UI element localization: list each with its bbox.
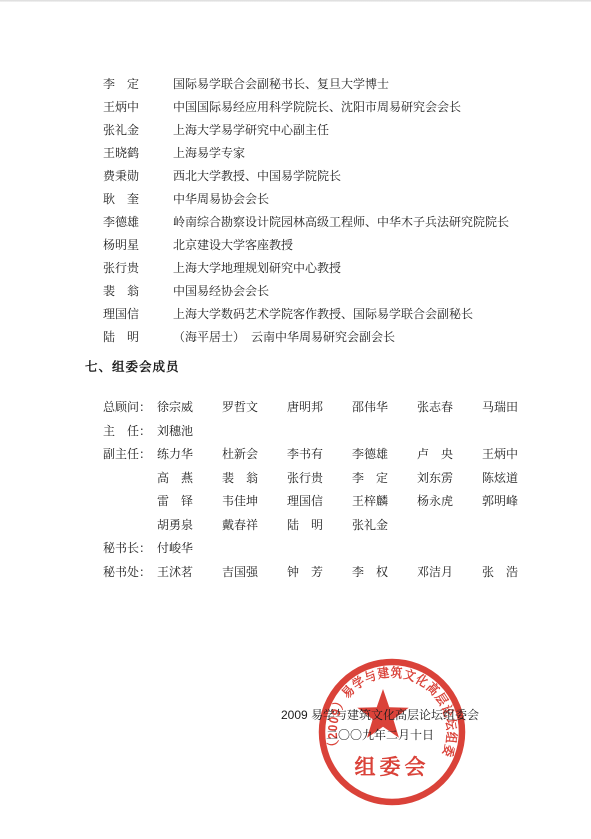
member-name: 杨永虎 [417, 490, 482, 514]
member-name: 王梓麟 [352, 490, 417, 514]
row-label: 主 任： [103, 420, 157, 444]
row-label [103, 514, 157, 538]
expert-row: 裴 翁 中国易经协会会长 [103, 280, 509, 303]
committee-row-secretary-general: 秘书长： 付峻华 [103, 537, 547, 561]
expert-row: 张行贵 上海大学地理规划研究中心教授 [103, 257, 509, 280]
expert-row: 李 定 国际易学联合会副秘书长、复旦大学博士 [103, 73, 509, 96]
signature-line: 2009 易学与建筑文化高层论坛组委会 [160, 705, 591, 725]
member-name: 吉国强 [222, 561, 287, 585]
committee-row-secretariat: 秘书处： 王沭茗 吉国强 钟 芳 李 权 邓洁月 张 浩 [103, 561, 547, 585]
row-label [103, 467, 157, 491]
expert-name: 李 定 [103, 73, 173, 96]
member-name: 张行贵 [287, 467, 352, 491]
expert-row: 王炳中 中国国际易经应用科学院院长、沈阳市周易研究会会长 [103, 96, 509, 119]
member-name: 韦佳坤 [222, 490, 287, 514]
member-name: 雷 铎 [157, 490, 222, 514]
expert-title: 国际易学联合会副秘书长、复旦大学博士 [173, 73, 389, 96]
expert-title: 中国国际易经应用科学院院长、沈阳市周易研究会会长 [173, 96, 461, 119]
expert-name: 王晓鹤 [103, 142, 173, 165]
row-label: 秘书处： [103, 561, 157, 585]
expert-name: 张礼金 [103, 119, 173, 142]
expert-name: 王炳中 [103, 96, 173, 119]
expert-name: 张行贵 [103, 257, 173, 280]
expert-name: 费秉勋 [103, 165, 173, 188]
expert-title: 上海大学易学研究中心副主任 [173, 119, 329, 142]
expert-name: 杨明星 [103, 234, 173, 257]
member-name: 李书有 [287, 443, 352, 467]
expert-row: 张礼金 上海大学易学研究中心副主任 [103, 119, 509, 142]
member-name: 高 燕 [157, 467, 222, 491]
member-name: 王沭茗 [157, 561, 222, 585]
member-name: 徐宗威 [157, 396, 222, 420]
member-name: 理国信 [287, 490, 352, 514]
member-name: 钟 芳 [287, 561, 352, 585]
expert-row: 耿 奎 中华周易协会会长 [103, 188, 509, 211]
expert-title: 北京建设大学客座教授 [173, 234, 293, 257]
member-name: 刘东雳 [417, 467, 482, 491]
member-name: 李 定 [352, 467, 417, 491]
committee-row-deputy-directors-2: 高 燕 裴 翁 张行贵 李 定 刘东雳 陈炫道 [103, 467, 547, 491]
member-name: 邓洁月 [417, 561, 482, 585]
member-name: 郭明峰 [482, 490, 547, 514]
row-label: 秘书长： [103, 537, 157, 561]
committee-row-deputy-directors-4: 胡勇泉 戴春祥 陆 明 张礼金 [103, 514, 547, 538]
expert-title: 中华周易协会会长 [173, 188, 269, 211]
member-name: 张礼金 [352, 514, 417, 538]
expert-title: 中国易经协会会长 [173, 280, 269, 303]
member-name: 陈炫道 [482, 467, 547, 491]
member-name: 李德雄 [352, 443, 417, 467]
member-name: 罗哲文 [222, 396, 287, 420]
row-label: 副主任： [103, 443, 157, 467]
signature-block: 2009 易学与建筑文化高层论坛组委会 二〇〇九年二月十日 [160, 705, 591, 745]
expert-name: 陆 明 [103, 326, 173, 349]
member-name: 付峻华 [157, 537, 222, 561]
member-name: 陆 明 [287, 514, 352, 538]
member-name: 邵伟华 [352, 396, 417, 420]
member-name: 杜新会 [222, 443, 287, 467]
committee-row-deputy-directors-1: 副主任： 练力华 杜新会 李书有 李德雄 卢 央 王炳中 [103, 443, 547, 467]
expert-name: 理国信 [103, 303, 173, 326]
committee-row-director: 主 任： 刘穗池 [103, 420, 547, 444]
member-name: 戴春祥 [222, 514, 287, 538]
committee-row-deputy-directors-3: 雷 铎 韦佳坤 理国信 王梓麟 杨永虎 郭明峰 [103, 490, 547, 514]
expert-row: 理国信 上海大学数码艺术学院客作教授、国际易学联合会副秘长 [103, 303, 509, 326]
member-name: 练力华 [157, 443, 222, 467]
expert-title: 西北大学教授、中国易学院院长 [173, 165, 341, 188]
row-label [103, 490, 157, 514]
member-name: 卢 央 [417, 443, 482, 467]
expert-title: 上海大学地理规划研究中心教授 [173, 257, 341, 280]
member-name: 王炳中 [482, 443, 547, 467]
expert-title: 岭南综合勘察设计院园林高级工程师、中华木子兵法研究院院长 [173, 211, 509, 234]
expert-row: 杨明星 北京建设大学客座教授 [103, 234, 509, 257]
committee-row-chief-advisors: 总顾问： 徐宗威 罗哲文 唐明邦 邵伟华 张志春 马瑞田 [103, 396, 547, 420]
expert-name: 裴 翁 [103, 280, 173, 303]
expert-row: 陆 明 （海平居士） 云南中华周易研究会副会长 [103, 326, 509, 349]
stamp-center-label: 组委会 [355, 755, 430, 779]
expert-row: 费秉勋 西北大学教授、中国易学院院长 [103, 165, 509, 188]
member-name: 张志春 [417, 396, 482, 420]
expert-name: 李德雄 [103, 211, 173, 234]
expert-list: 李 定 国际易学联合会副秘书长、复旦大学博士 王炳中 中国国际易经应用科学院院长… [103, 73, 509, 349]
member-name: 马瑞田 [482, 396, 547, 420]
expert-title: 上海易学专家 [173, 142, 245, 165]
member-name: 刘穗池 [157, 420, 222, 444]
date-line: 二〇〇九年二月十日 [160, 725, 591, 745]
member-name: 李 权 [352, 561, 417, 585]
member-name: 张 浩 [482, 561, 547, 585]
expert-row: 王晓鹤 上海易学专家 [103, 142, 509, 165]
page-top-edge [0, 0, 591, 2]
expert-name: 耿 奎 [103, 188, 173, 211]
section-heading: 七、组委会成员 [85, 357, 180, 375]
expert-title: 上海大学数码艺术学院客作教授、国际易学联合会副秘长 [173, 303, 473, 326]
row-label: 总顾问： [103, 396, 157, 420]
member-name: 唐明邦 [287, 396, 352, 420]
expert-row: 李德雄 岭南综合勘察设计院园林高级工程师、中华木子兵法研究院院长 [103, 211, 509, 234]
member-name: 裴 翁 [222, 467, 287, 491]
expert-title: （海平居士） 云南中华周易研究会副会长 [173, 326, 395, 349]
committee-list: 总顾问： 徐宗威 罗哲文 唐明邦 邵伟华 张志春 马瑞田 主 任： 刘穗池 副主… [103, 396, 547, 584]
member-name: 胡勇泉 [157, 514, 222, 538]
